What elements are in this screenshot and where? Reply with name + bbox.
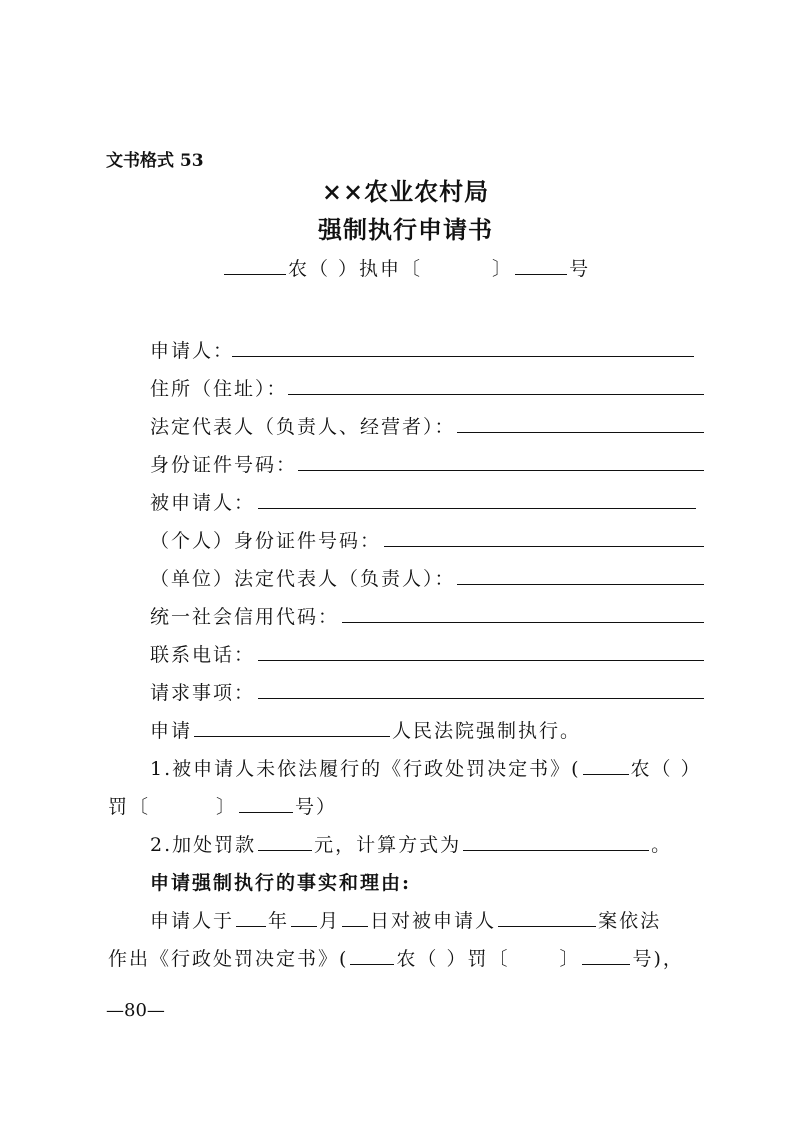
request-court-line: 申请人民法院强制执行。 [150, 716, 581, 743]
facts-e: 案依法 [598, 910, 661, 932]
facts-a: 申请人于 [150, 910, 234, 932]
facts-h: 〕 [559, 948, 580, 970]
item1-line2-a: 罚〔 [108, 796, 150, 818]
facts-d: 日对被申请人 [370, 910, 496, 932]
field-legal-rep-blank[interactable] [457, 432, 704, 433]
facts-i: 号)， [632, 948, 683, 970]
field-personal-id-label: （个人）身份证件号码： [150, 526, 381, 553]
field-phone-label: 联系电话： [150, 640, 255, 667]
field-legal-rep-label: 法定代表人（负责人、经营者）： [150, 412, 456, 439]
field-unit-rep-label: （单位）法定代表人（负责人）： [150, 564, 456, 591]
item1-text: 1.被申请人未依法履行的《行政处罚决定书》( [150, 758, 581, 780]
calc-method-blank[interactable] [463, 832, 649, 851]
item2-b: 元，计算方式为 [314, 834, 461, 856]
facts-b: 年 [268, 910, 289, 932]
request-court-prefix: 申请 [150, 720, 192, 742]
field-address-blank[interactable] [288, 394, 704, 395]
field-address-label: 住所（住址）： [150, 374, 288, 401]
format-label: 文书格式 53 [106, 146, 204, 171]
page-number: —80— [106, 1000, 165, 1021]
field-credit-code-label: 统一社会信用代码： [150, 602, 339, 629]
facts-c: 月 [319, 910, 340, 932]
field-applicant-label: 申请人： [150, 336, 234, 363]
item1-mid: 农（ ） [631, 758, 702, 780]
case-blank[interactable] [498, 908, 596, 927]
year-blank[interactable] [236, 908, 266, 927]
item1-line1: 1.被申请人未依法履行的《行政处罚决定书》(农（ ） [150, 754, 702, 781]
field-request-label: 请求事项： [150, 678, 255, 705]
document-number: 农（ ）执申〔〕号 [222, 254, 590, 281]
number-text-2: 〕 [492, 258, 513, 280]
facts-heading: 申请强制执行的事实和理由: [150, 868, 411, 895]
request-court-suffix: 人民法院强制执行。 [392, 720, 581, 742]
number-text-3: 号 [569, 258, 590, 280]
facts-f: 作出《行政处罚决定书》( [108, 948, 348, 970]
penalty-amount-blank[interactable] [258, 832, 312, 851]
field-unit-rep-blank[interactable] [457, 584, 704, 585]
field-phone-blank[interactable] [258, 660, 704, 661]
item1-line2-b: 〕 [216, 796, 237, 818]
field-respondent-label: 被申请人： [150, 488, 255, 515]
number-blank-seq[interactable] [515, 256, 567, 275]
field-applicant-blank[interactable] [232, 356, 694, 357]
number-blank-prefix[interactable] [224, 256, 286, 275]
month-blank[interactable] [291, 908, 317, 927]
facts-line1: 申请人于年月日对被申请人案依法 [150, 906, 661, 933]
facts-blank-prefix[interactable] [350, 946, 394, 965]
field-id-number-blank[interactable] [298, 470, 704, 471]
item2-line: 2.加处罚款元，计算方式为。 [150, 830, 672, 857]
field-request-blank[interactable] [258, 698, 704, 699]
facts-blank-seq[interactable] [582, 946, 630, 965]
field-personal-id-blank[interactable] [384, 546, 704, 547]
item2-c: 。 [651, 834, 672, 856]
agency-title: ××农业农村局 [0, 172, 793, 207]
facts-g: 农（ ）罚〔 [396, 948, 509, 970]
document-title: 强制执行申请书 [0, 210, 793, 245]
item1-blank-seq[interactable] [239, 794, 293, 813]
field-id-number-label: 身份证件号码： [150, 450, 297, 477]
court-name-blank[interactable] [194, 718, 390, 737]
field-respondent-blank[interactable] [258, 508, 696, 509]
item1-line2-c: 号） [295, 796, 337, 818]
number-text-1: 农（ ）执申〔 [288, 258, 422, 280]
day-blank[interactable] [342, 908, 368, 927]
item2-a: 2.加处罚款 [150, 834, 256, 856]
facts-line2: 作出《行政处罚决定书》(农（ ）罚〔〕号)， [108, 944, 684, 971]
item1-line2: 罚〔〕号） [108, 792, 337, 819]
item1-blank-prefix[interactable] [583, 756, 629, 775]
field-credit-code-blank[interactable] [342, 622, 704, 623]
